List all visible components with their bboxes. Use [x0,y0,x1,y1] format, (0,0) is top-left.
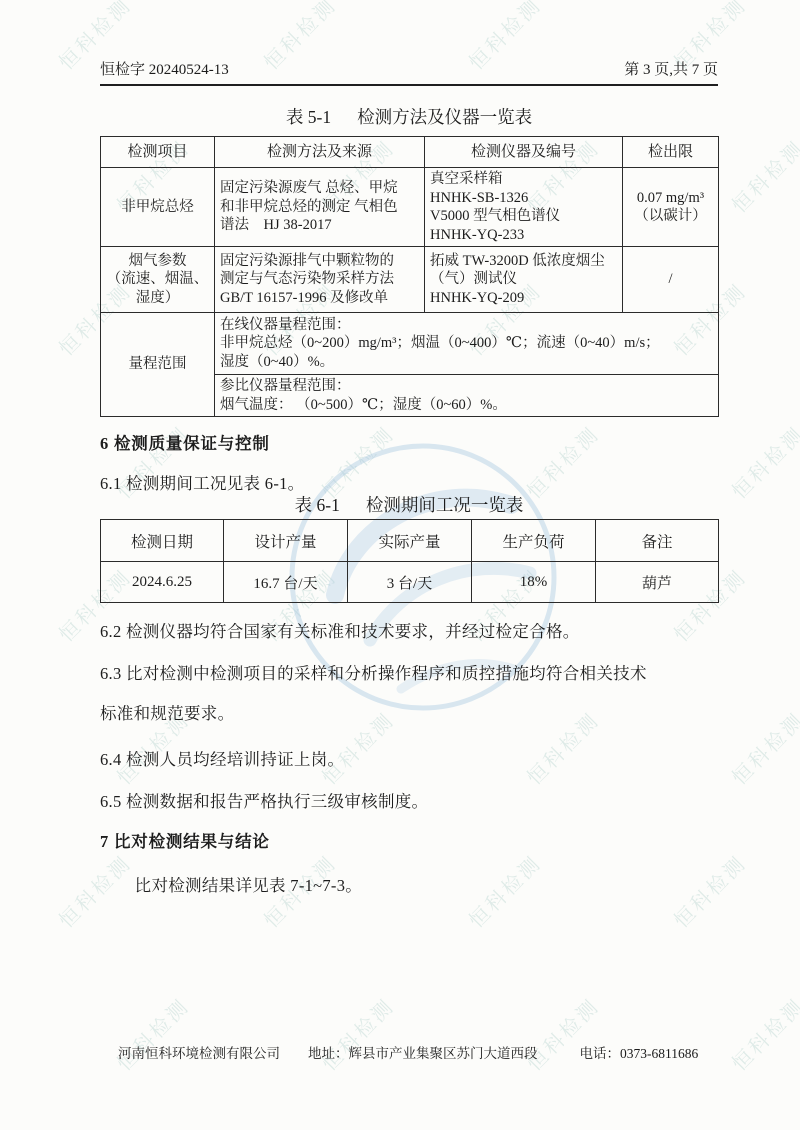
table-header-row: 检测项目 检测方法及来源 检测仪器及编号 检出限 [101,137,719,168]
table-header-row: 检测日期 设计产量 实际产量 生产负荷 备注 [101,520,719,562]
table-row: 2024.6.25 16.7 台/天 3 台/天 18% 葫芦 [101,562,719,603]
col-load: 生产负荷 [472,520,596,562]
paragraph-6-3: 6.3 比对检测中检测项目的采样和分析操作程序和质控措施均符合相关技术 标准和规… [100,654,720,734]
methods-instruments-table: 检测项目 检测方法及来源 检测仪器及编号 检出限 非甲烷总烃 固定污染源废气 总… [100,136,719,417]
footer-phone: 电话：0373-6811686 [580,1042,699,1062]
paragraph-6-4: 6.4 检测人员均经培训持证上岗。 [100,740,720,780]
paragraph-6-2: 6.2 检测仪器均符合国家有关标准和技术要求，并经过检定合格。 [100,612,720,652]
col-instrument: 检测仪器及编号 [425,137,623,168]
footer-address: 地址：辉县市产业集聚区苏门大道西段 [308,1042,538,1062]
cell-instrument: 真空采样箱 HNHK-SB-1326 V5000 型气相色谱仪 HNHK-YQ-… [425,168,623,247]
cell-limit: 0.07 mg/m³ （以碳计） [623,168,719,247]
table-5-1-label: 表 5-1 [286,107,331,127]
cell-reference-range: 参比仪器量程范围： 烟气温度： （0~500）℃；湿度（0~60）%。 [215,375,719,417]
doc-number: 恒检字 20240524-13 [100,58,229,79]
col-limit: 检出限 [623,137,719,168]
col-note: 备注 [596,520,719,562]
col-item: 检测项目 [101,137,215,168]
footer-company: 河南恒科环境检测有限公司 [118,1042,280,1062]
document-page: 恒科检测恒科检测恒科检测恒科检测恒科检测恒科检测恒科检测恒科检测恒科检测恒科检测… [0,0,800,1130]
cell-date: 2024.6.25 [101,562,224,603]
table-6-1-title: 表 6-1检测期间工况一览表 [100,492,718,517]
paragraph-6-5: 6.5 检测数据和报告严格执行三级审核制度。 [100,782,720,822]
working-conditions-table: 检测日期 设计产量 实际产量 生产负荷 备注 2024.6.25 16.7 台/… [100,519,719,603]
table-5-1-caption: 检测方法及仪器一览表 [357,107,532,127]
cell-item: 烟气参数 （流速、烟温、 湿度） [101,247,215,313]
table-row: 量程范围 在线仪器量程范围： 非甲烷总烃（0~200）mg/m³；烟温（0~40… [101,313,719,375]
section-7-heading: 7 比对检测结果与结论 [100,822,720,862]
cell-method: 固定污染源排气中颗粒物的 测定与气态污染物采样方法 GB/T 16157-199… [215,247,425,313]
table-6-1-caption: 检测期间工况一览表 [366,495,524,515]
table-6-1-label: 表 6-1 [295,495,340,515]
cell-design-output: 16.7 台/天 [224,562,348,603]
cell-load: 18% [472,562,596,603]
cell-instrument: 拓威 TW-3200D 低浓度烟尘 （气）测试仪 HNHK-YQ-209 [425,247,623,313]
section-6-heading: 6 检测质量保证与控制 [100,424,720,464]
cell-actual-output: 3 台/天 [348,562,472,603]
cell-online-range: 在线仪器量程范围： 非甲烷总烃（0~200）mg/m³；烟温（0~400）℃；流… [215,313,719,375]
col-date: 检测日期 [101,520,224,562]
col-design-output: 设计产量 [224,520,348,562]
cell-method: 固定污染源废气 总烃、甲烷 和非甲烷总烃的测定 气相色 谱法 HJ 38-201… [215,168,425,247]
page-number: 第 3 页,共 7 页 [624,58,718,79]
col-actual-output: 实际产量 [348,520,472,562]
table-row: 非甲烷总烃 固定污染源废气 总烃、甲烷 和非甲烷总烃的测定 气相色 谱法 HJ … [101,168,719,247]
paragraph-7-1: 比对检测结果详见表 7-1~7-3。 [100,866,720,906]
page-header: 恒检字 20240524-13 第 3 页,共 7 页 [100,58,718,86]
cell-item: 非甲烷总烃 [101,168,215,247]
cell-range-label: 量程范围 [101,313,215,417]
col-method: 检测方法及来源 [215,137,425,168]
cell-note: 葫芦 [596,562,719,603]
cell-limit: / [623,247,719,313]
page-footer: 河南恒科环境检测有限公司 地址：辉县市产业集聚区苏门大道西段 电话：0373-6… [100,1042,720,1062]
table-row: 烟气参数 （流速、烟温、 湿度） 固定污染源排气中颗粒物的 测定与气态污染物采样… [101,247,719,313]
table-5-1-title: 表 5-1检测方法及仪器一览表 [100,104,718,129]
